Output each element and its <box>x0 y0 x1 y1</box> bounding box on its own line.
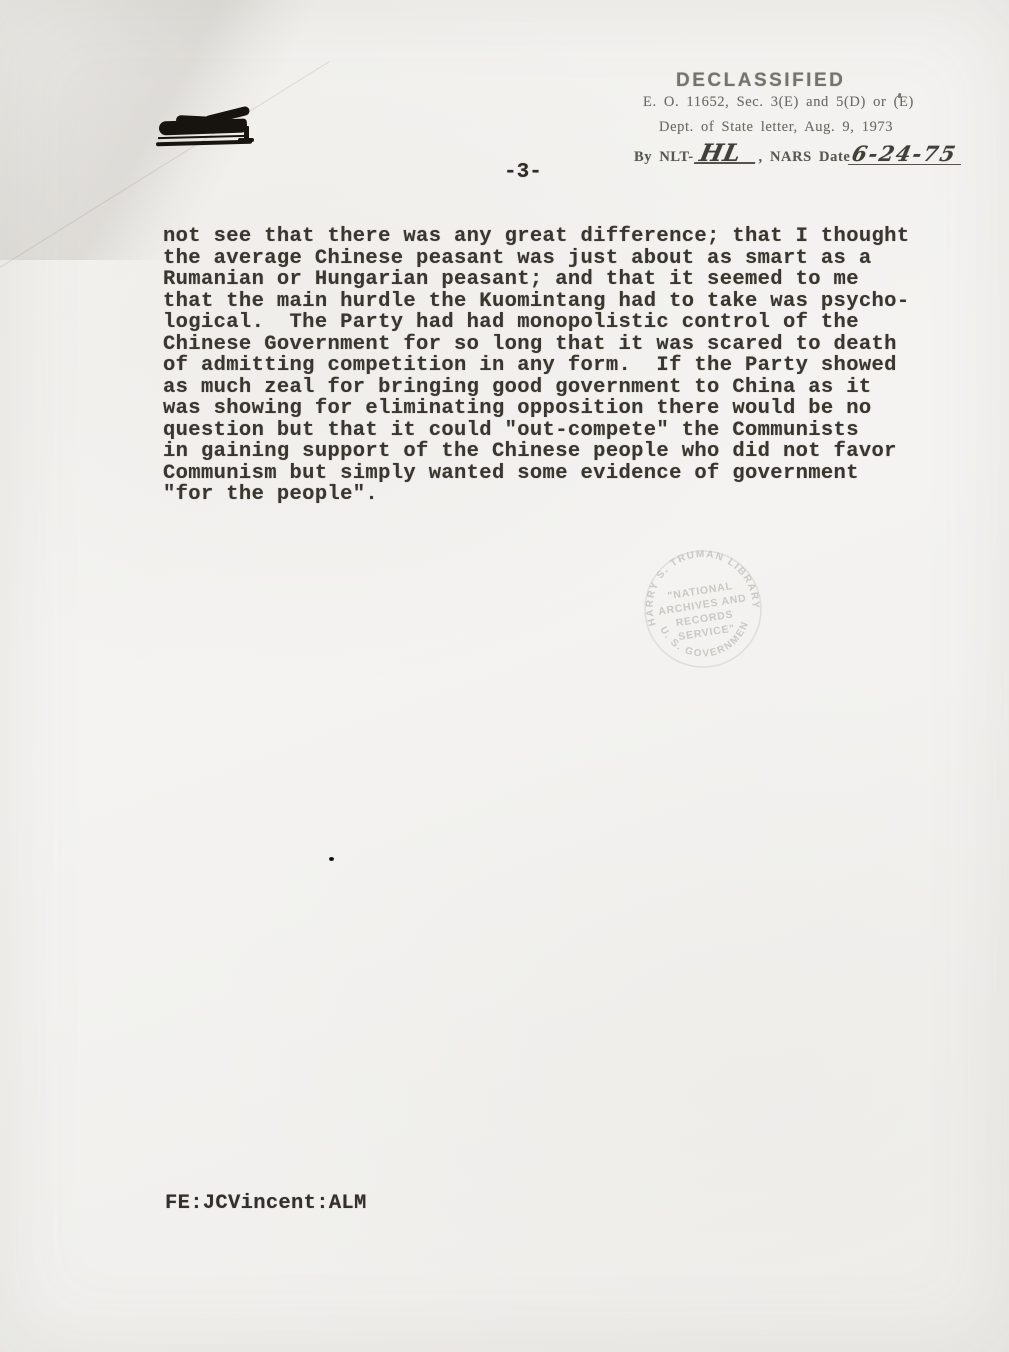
declass-authority-line: E. O. 11652, Sec. 3(E) and 5(D) or (E) <box>643 94 914 111</box>
typewritten-body-text: not see that there was any great differe… <box>163 226 953 506</box>
redaction-underline <box>156 140 252 147</box>
handwritten-initials: HL <box>694 144 759 164</box>
declass-by-prefix: By NLT- <box>634 149 694 165</box>
declass-by-line: By NLT-HL, NARS Date6-24-75 <box>634 144 963 166</box>
truman-library-archival-stamp: HARRY S. TRUMAN LIBRARY U. S. GOVERNMENT… <box>622 528 784 690</box>
scanned-document-page: DECLASSIFIED E. O. 11652, Sec. 3(E) and … <box>0 0 1009 1352</box>
declass-nars-label: , NARS Date <box>759 149 851 165</box>
declass-source-line: Dept. of State letter, Aug. 9, 1973 <box>659 119 893 136</box>
drafter-reference: FE:JCVincent:ALM <box>165 1192 367 1215</box>
page-number: -3- <box>504 161 542 184</box>
redaction-underline <box>158 135 246 139</box>
redacted-secret-stamp <box>156 110 266 154</box>
handwritten-nars-date: 6-24-75 <box>848 145 965 165</box>
declassified-stamp-title: DECLASSIFIED <box>676 70 845 92</box>
ink-speck <box>329 857 334 861</box>
